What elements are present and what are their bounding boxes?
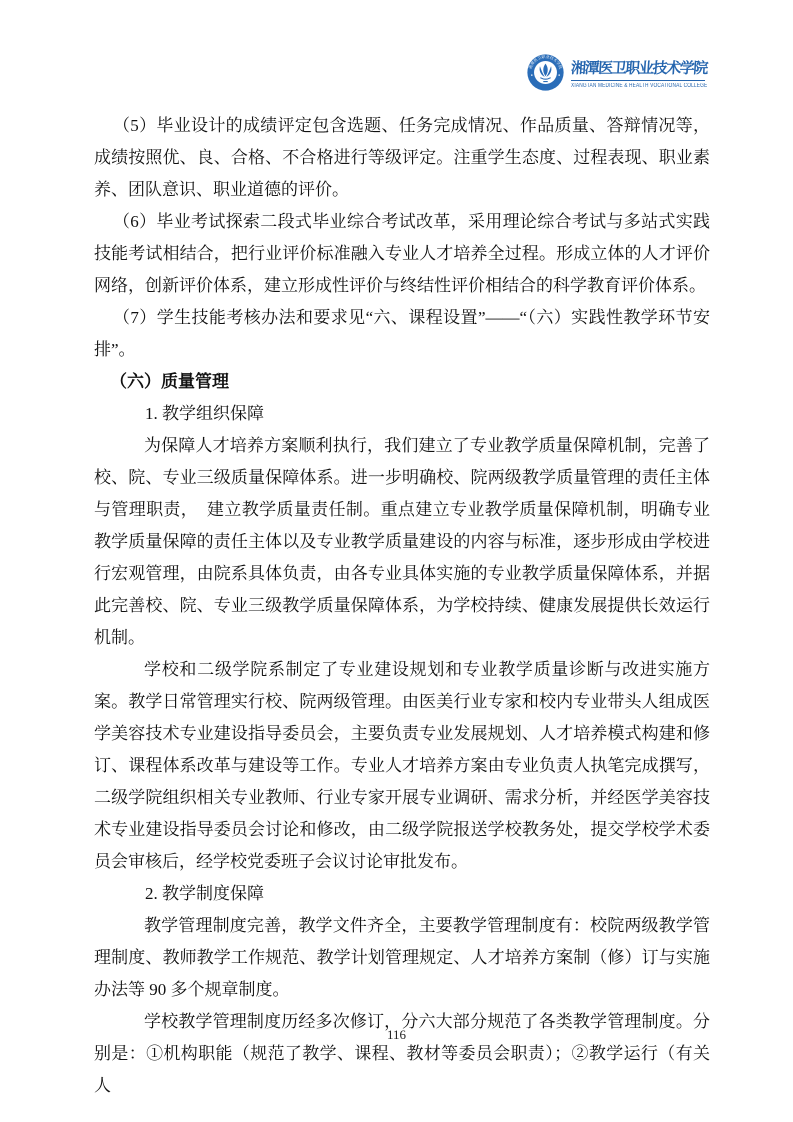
college-name-block: 湘潭医卫职业技术学院 XIANGTAN MEDICINE & HEALTH VO…	[571, 54, 741, 89]
logo-divider-line	[571, 80, 705, 81]
item-teaching-organization: 1. 教学组织保障	[94, 398, 710, 430]
section-heading-quality-management: （六）质量管理	[94, 366, 710, 398]
paragraph-skill-assessment-ref: （7）学生技能考核办法和要求见“六、课程设置”——“（六）实践性教学环节安排”。	[94, 302, 710, 366]
college-name-english: XIANGTAN MEDICINE & HEALTH VOCATIONAL CO…	[571, 83, 707, 89]
paragraph-quality-assurance-system: 为保障人才培养方案顺利执行，我们建立了专业教学质量保障机制，完善了校、院、专业三…	[94, 430, 710, 654]
paragraph-grad-exam-reform: （6）毕业考试探索二段式毕业综合考试改革，采用理论综合考试与多站式实践技能考试相…	[94, 206, 710, 302]
item-teaching-rules: 2. 教学制度保障	[94, 878, 710, 910]
college-emblem-icon: 湘潭医卫职业技术学院	[527, 54, 564, 91]
page-number: 116	[0, 1027, 793, 1043]
header-logo: 湘潭医卫职业技术学院 湘潭医卫职业技术学院 XIANGTAN MEDICINE …	[527, 54, 741, 91]
paragraph-rules-revision: 学校教学管理制度历经多次修订，分六大部分规范了各类教学管理制度。分别是：①机构职…	[94, 1006, 710, 1102]
paragraph-management-rules: 教学管理制度完善，教学文件齐全，主要教学管理制度有：校院两级教学管理制度、教师教…	[94, 910, 710, 1006]
college-name-calligraphy: 湘潭医卫职业技术学院	[570, 57, 742, 78]
document-page: 湘潭医卫职业技术学院 湘潭医卫职业技术学院 XIANGTAN MEDICINE …	[0, 0, 793, 1122]
document-body: （5）毕业设计的成绩评定包含选题、任务完成情况、作品质量、答辩情况等，成绩按照优…	[94, 110, 710, 1102]
paragraph-grad-design-grading: （5）毕业设计的成绩评定包含选题、任务完成情况、作品质量、答辩情况等，成绩按照优…	[94, 110, 710, 206]
paragraph-program-development-process: 学校和二级学院系制定了专业建设规划和专业教学质量诊断与改进实施方案。教学日常管理…	[94, 654, 710, 878]
